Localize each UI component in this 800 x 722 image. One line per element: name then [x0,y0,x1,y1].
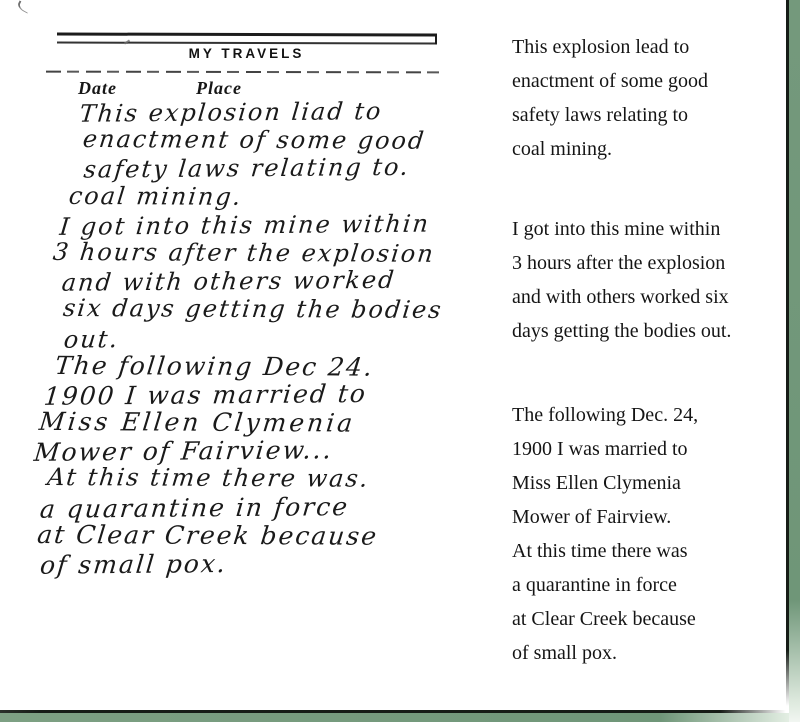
transcription-line: a quarantine in force [512,568,794,602]
transcription-line: Miss Ellen Clymenia [512,466,794,500]
handwritten-line: coal mining. [57,182,490,212]
transcription-line: at Clear Creek because [512,602,794,636]
handwritten-line: The following Dec 24. [40,352,473,382]
handwritten-entry: This explosion liad toenactment of some … [19,99,499,578]
transcription-line: The following Dec. 24, [512,398,794,432]
scan-artifact [16,0,31,13]
image-shadow-right [789,0,800,722]
transcription-line: safety laws relating to [512,98,794,132]
handwritten-line: at Clear Creek because [22,521,455,551]
handwritten-line: six days getting the bodies [46,295,479,325]
transcription-paragraph: The following Dec. 24,1900 I was married… [512,398,794,670]
transcription-line: of small pox. [512,636,794,670]
handwritten-line: I got into this mine within [54,210,487,242]
transcription-line: This explosion lead to [512,30,794,64]
transcription-line: enactment of some good [512,64,794,98]
transcription-line: days getting the bodies out. [512,314,794,348]
transcription-line: Mower of Fairview. [512,500,794,534]
place-column-label: Place [196,78,242,99]
handwritten-line: 1900 I was married to [37,379,470,411]
transcription-column: This explosion lead toenactment of some … [512,30,794,670]
handwritten-line: safety laws relating to. [60,153,493,185]
transcription-line: coal mining. [512,132,794,166]
transcription-line: and with others worked six [512,280,794,314]
transcription-line: At this time there was [512,534,794,568]
handwritten-line: Miss Ellen Clymenia [34,408,467,438]
transcription-line: 1900 I was married to [512,432,794,466]
handwritten-line: 3 hours after the explosion [51,239,484,269]
date-column-label: Date [78,78,117,99]
transcription-paragraph: This explosion lead toenactment of some … [512,30,794,166]
journal-title: MY TRAVELS [57,46,436,61]
handwritten-line: enactment of some good [63,126,496,156]
transcription-paragraph: I got into this mine within3 hours after… [512,212,794,348]
transcription-line: I got into this mine within [512,212,794,246]
handwritten-line: At this time there was. [28,464,461,494]
scanned-journal-page-image: MY TRAVELS Date Place This explosion lia… [0,0,800,722]
journal-header-double-rule [57,33,436,45]
handwritten-line: a quarantine in force [25,492,458,524]
journal-dashed-rule [46,71,444,74]
transcription-line: 3 hours after the explosion [512,246,794,280]
handwritten-line: of small pox. [19,548,452,580]
rule-end-hook [435,33,437,44]
image-shadow-bottom [0,713,789,722]
handwritten-line: out. [42,323,475,355]
